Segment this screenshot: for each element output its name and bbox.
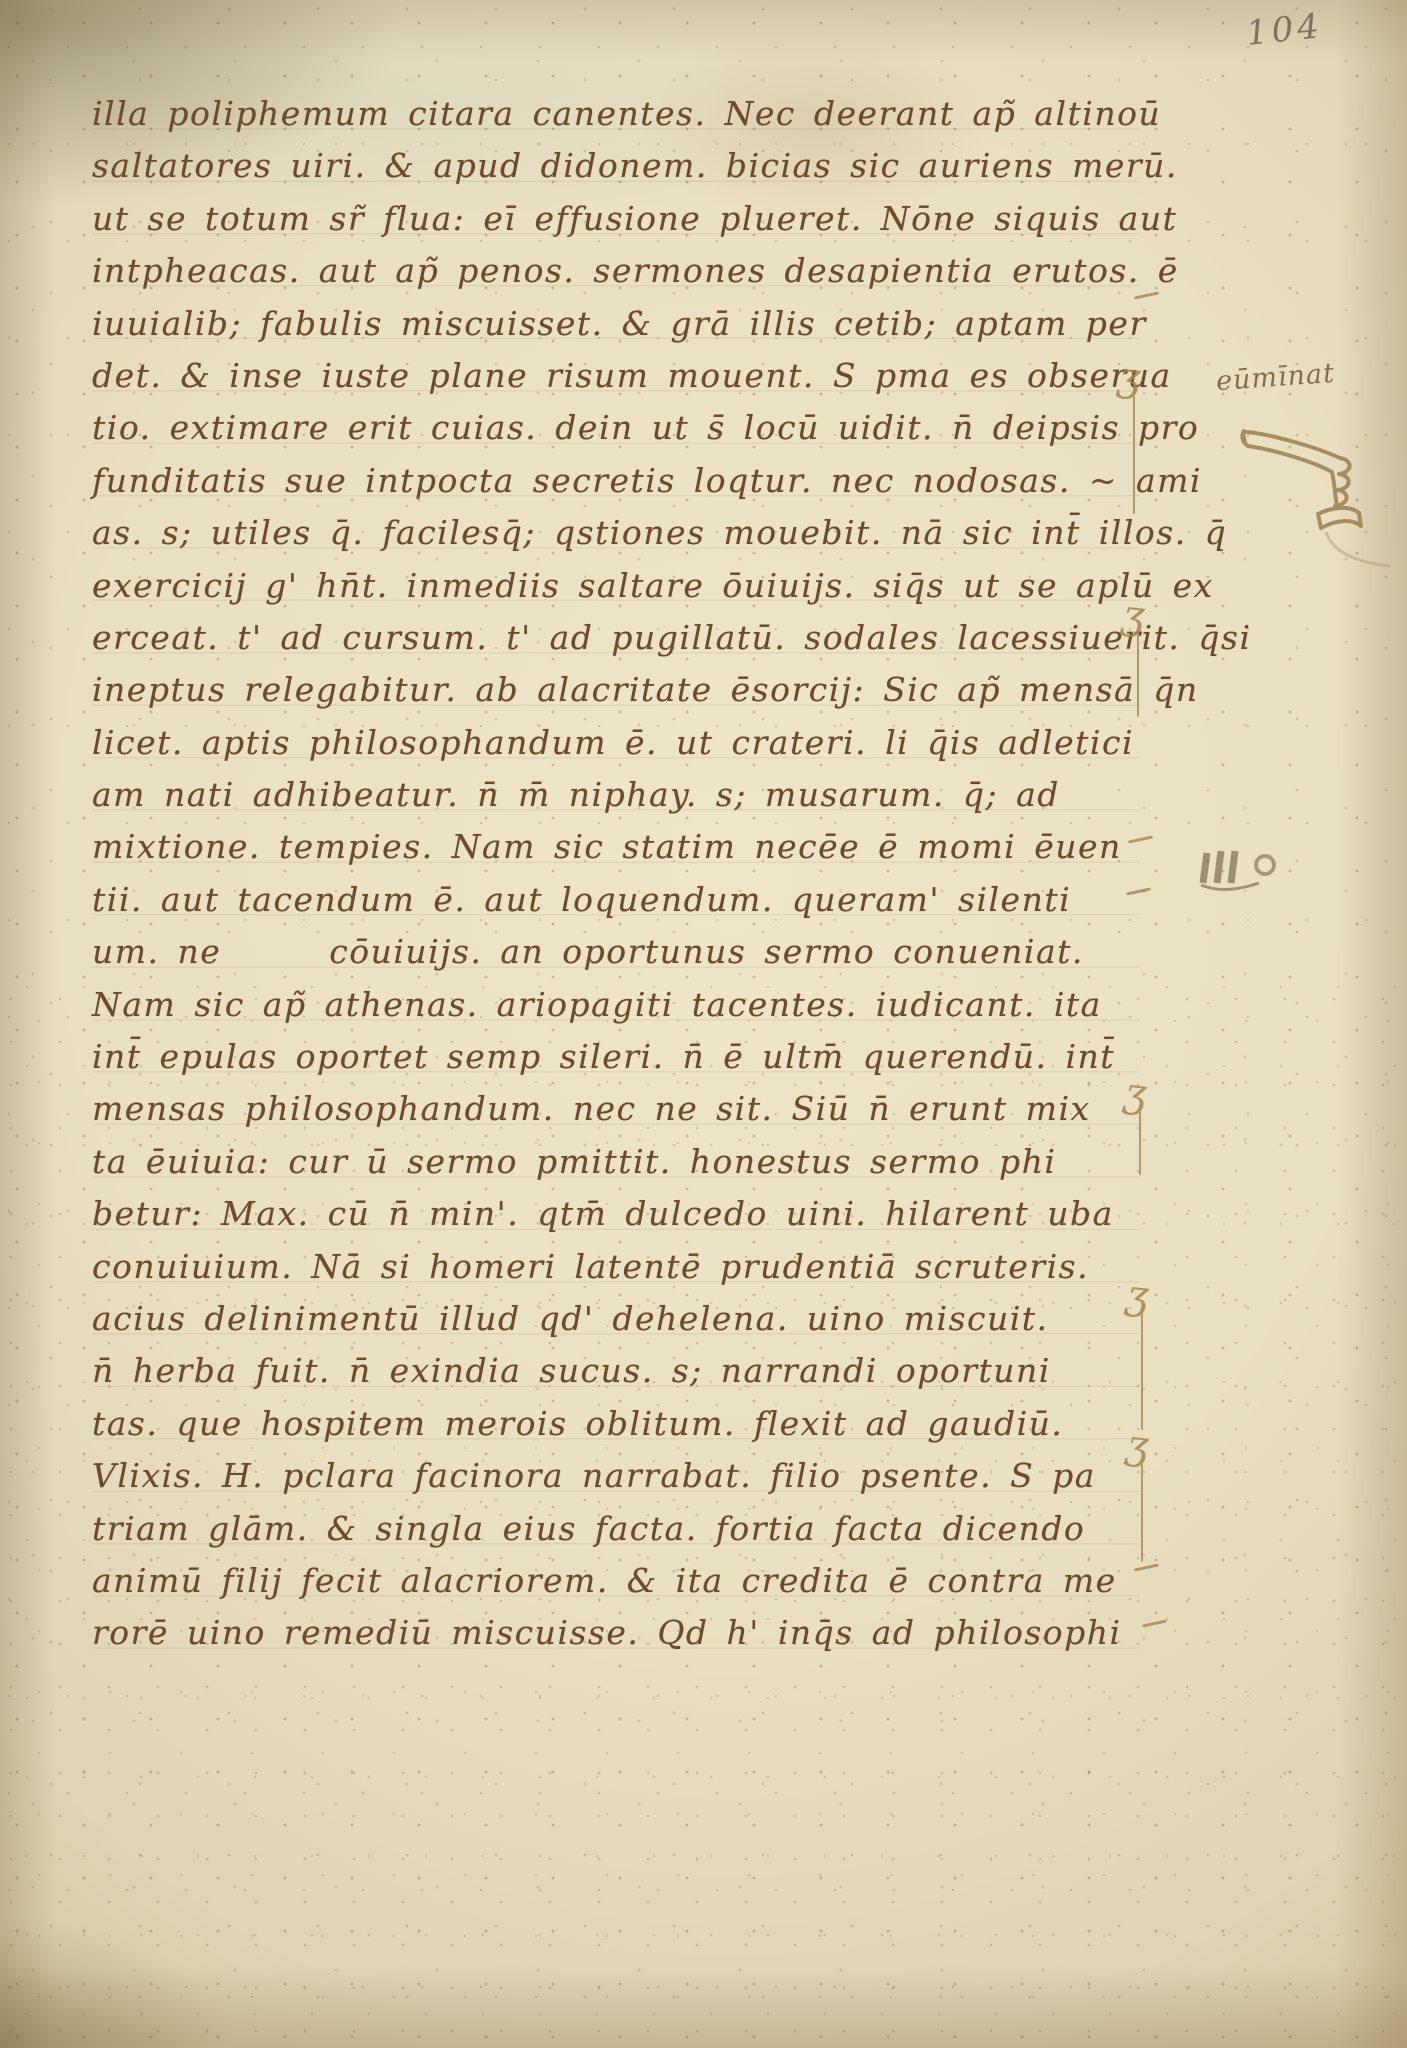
text-line: saltatores uiri. & apud didonem. bicias … [92,140,1140,192]
manuscript-page: 104 illa poliphemum citara canentes. Nec… [0,0,1407,2048]
text-line: exercicij g' hn̄t. inmediis saltare ōuiu… [92,560,1140,612]
text-line: det. & inse iuste plane risum mouent. S … [92,350,1140,402]
text-line: illa poliphemum citara canentes. Nec dee… [92,88,1140,140]
text-line: triam glām. & singla eius facta. fortia … [92,1503,1140,1555]
margin-gloss: eūmīnat [1215,358,1336,397]
text-line: ut se totum sr̃ flua: eī effusione pluer… [92,193,1140,245]
text-line: mensas philosophandum. nec ne sit. Siū n… [92,1083,1140,1135]
text-line: n̄ herba fuit. n̄ exindia sucus. s; narr… [92,1345,1140,1397]
text-line: licet. aptis philosophandum ē. ut crater… [92,717,1140,769]
text-line: tio. extimare erit cuias. dein ut s̄ loc… [92,402,1140,454]
text-line: um. ne cōuiuijs. an oportunus sermo conu… [92,926,1140,978]
margin-flourish-icon: ʒ [1126,1428,1160,1464]
margin-dash-icon [1142,1619,1167,1627]
text-line: intpheacas. aut ap̃ penos. sermones desa… [92,245,1140,297]
text-line: funditatis sue intpocta secretis loqtur.… [92,455,1140,507]
text-line: erceat. t' ad cursum. t' ad pugillatū. s… [92,612,1140,664]
text-line: conuiuium. Nā si homeri latentē prudenti… [92,1241,1140,1293]
text-line: int̄ epulas oportet semp sileri. n̄ ē ul… [92,1031,1140,1083]
text-line: am nati adhibeatur. n̄ m̄ niphay. s; mus… [92,769,1140,821]
text-line: tas. que hospitem merois oblitum. flexit… [92,1398,1140,1450]
manicule-icon [1238,418,1403,572]
text-line: rorē uino remediū miscuisse. Qd h' inq̄s… [92,1607,1140,1659]
folio-number: 104 [1244,6,1325,54]
text-line: tii. aut tacendum ē. aut loquendum. quer… [92,874,1140,926]
text-line: iuuialib; fabulis miscuisset. & grā illi… [92,298,1140,350]
text-line: acius delinimentū illud qd' dehelena. ui… [92,1293,1140,1345]
text-line: Nam sic ap̃ athenas. ariopagiti tacentes… [92,979,1140,1031]
text-line: Vlixis. H. pclara facinora narrabat. fil… [92,1450,1140,1502]
text-line: mixtione. tempies. Nam sic statim necēe … [92,821,1140,873]
margin-flourish-icon: ʒ [1126,1278,1160,1314]
text-line: betur: Max. cū n̄ min'. qtm̄ dulcedo uin… [92,1188,1140,1240]
margin-flourish-icon: ʒ [1122,598,1156,634]
text-line: animū filij fecit alacriorem. & ita cred… [92,1555,1140,1607]
margin-flourish-icon: ʒ [1118,360,1152,396]
text-line: ineptus relegabitur. ab alacritate ēsorc… [92,664,1140,716]
text-line: ta ēuiuia: cur ū sermo pmittit. honestus… [92,1136,1140,1188]
text-block: illa poliphemum citara canentes. Nec dee… [92,88,1140,1660]
margin-nota-icon [1195,843,1285,902]
text-line: as. s; utiles q̄. facilesq̄; qstiones mo… [92,507,1140,559]
margin-flourish-icon: ʒ [1124,1076,1158,1112]
